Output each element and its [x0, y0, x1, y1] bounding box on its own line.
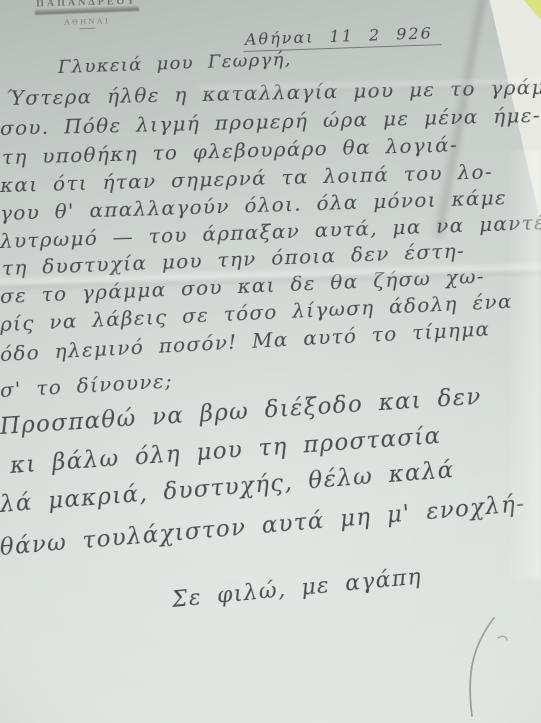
body-line: σ' το δίνουνε;: [0, 370, 173, 400]
date-line: Αθήναι 11 2 926: [243, 23, 442, 52]
letterhead-city: ΑΘΗΝΑΙ: [22, 15, 152, 28]
letterhead: ΠΑΠΑΝΔΡΕΟΥ ΑΘΗΝΑΙ: [22, 0, 153, 31]
letter-photo: ΠΑΠΑΝΔΡΕΟΥ ΑΘΗΝΑΙ Αθήναι 11 2 926 Γλυκει…: [0, 0, 541, 723]
letterhead-rule: [35, 8, 139, 15]
paper-curl-highlight: [507, 150, 541, 580]
signature-flourish: [452, 616, 512, 721]
closing-line: Σε φιλώ, με αγάπη: [171, 564, 423, 613]
letterhead-rule-small: [79, 28, 95, 29]
salutation: Γλυκειά μου Γεωργή,: [58, 49, 292, 78]
